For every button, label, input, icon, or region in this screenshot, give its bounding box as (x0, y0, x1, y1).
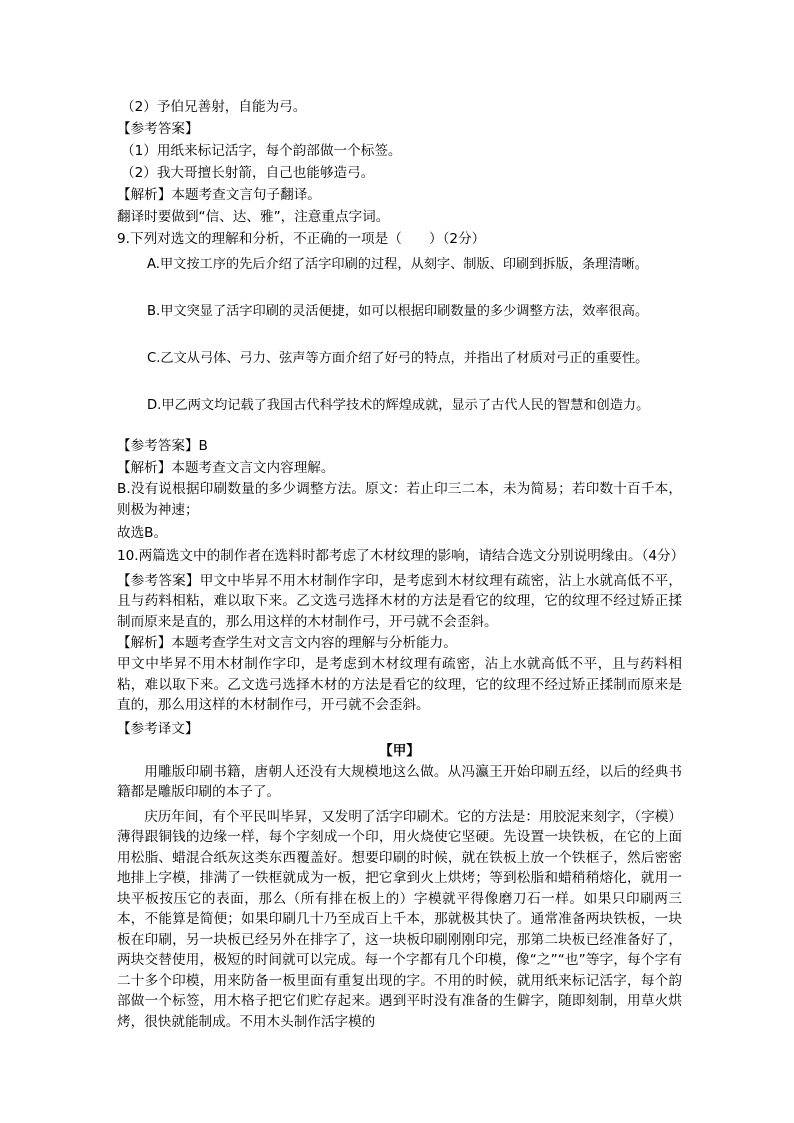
q8-analysis: 【解析】本题考查文言句子翻译。 (117, 184, 682, 206)
q9-analysis: 【解析】本题考查文言文内容理解。 (117, 457, 682, 479)
q9-option-a: A.甲文按工序的先后介绍了活字印刷的过程，从刻字、制版、印刷到拆版，条理清晰。 (117, 254, 682, 276)
q8-part2-sentence: （2）予伯兄善射，自能为弓。 (117, 96, 682, 118)
translation-paragraph-1: 用雕版印刷书籍，唐朝人还没有大规模地这么做。从冯瀛王开始印刷五经，以后的经典书籍… (117, 762, 682, 803)
q10-question: 10.两篇选文中的制作者在选料时都考虑了木材纹理的影响，请结合选文分别说明缘由。… (117, 546, 682, 567)
q9-answer: 【参考答案】B (117, 435, 682, 457)
q9-question: 9.下列对选文的理解和分析，不正确的一项是（ ）（2分） (117, 228, 682, 250)
translation-section-title: 【甲】 (117, 740, 682, 762)
q10-answer: 【参考答案】甲文中毕昇不用木材制作字印，是考虑到木材纹理有疏密，沾上水就高低不平… (117, 571, 682, 633)
q8-answer-label: 【参考答案】 (117, 118, 682, 140)
q8-answer-2: （2）我大哥擅长射箭，自己也能够造弓。 (117, 162, 682, 184)
translation-paragraph-2: 庆历年间，有个平民叫毕昇，又发明了活字印刷术。它的方法是：用胶泥来刻字，（字模）… (117, 807, 682, 1033)
q9-option-d: D.甲乙两文均记载了我国古代科学技术的辉煌成就，显示了古代人民的智慧和创造力。 (117, 395, 682, 417)
q8-answer-1: （1）用纸来标记活字，每个韵部做一个标签。 (117, 140, 682, 162)
document-page: （2）予伯兄善射，自能为弓。 【参考答案】 （1）用纸来标记活字，每个韵部做一个… (117, 96, 682, 1032)
q8-analysis-detail: 翻译时要做到“信、达、雅”，注意重点字词。 (117, 206, 682, 228)
q10-analysis: 【解析】本题考查学生对文言文内容的理解与分析能力。 (117, 632, 682, 654)
q9-conclusion: 故选B。 (117, 522, 682, 544)
q9-option-b: B.甲文突显了活字印刷的灵活便捷，如可以根据印刷数量的多少调整方法，效率很高。 (117, 301, 682, 323)
q9-analysis-detail: B.没有说根据印刷数量的多少调整方法。原文：若止印三二本，未为简易；若印数十百千… (117, 479, 682, 520)
q10-analysis-detail: 甲文中毕昇不用木材制作字印，是考虑到木材纹理有疏密，沾上水就高低不平，且与药料相… (117, 654, 682, 716)
q9-option-c: C.乙文从弓体、弓力、弦声等方面介绍了好弓的特点，并指出了材质对弓正的重要性。 (117, 348, 682, 370)
translation-label: 【参考译文】 (117, 718, 682, 740)
